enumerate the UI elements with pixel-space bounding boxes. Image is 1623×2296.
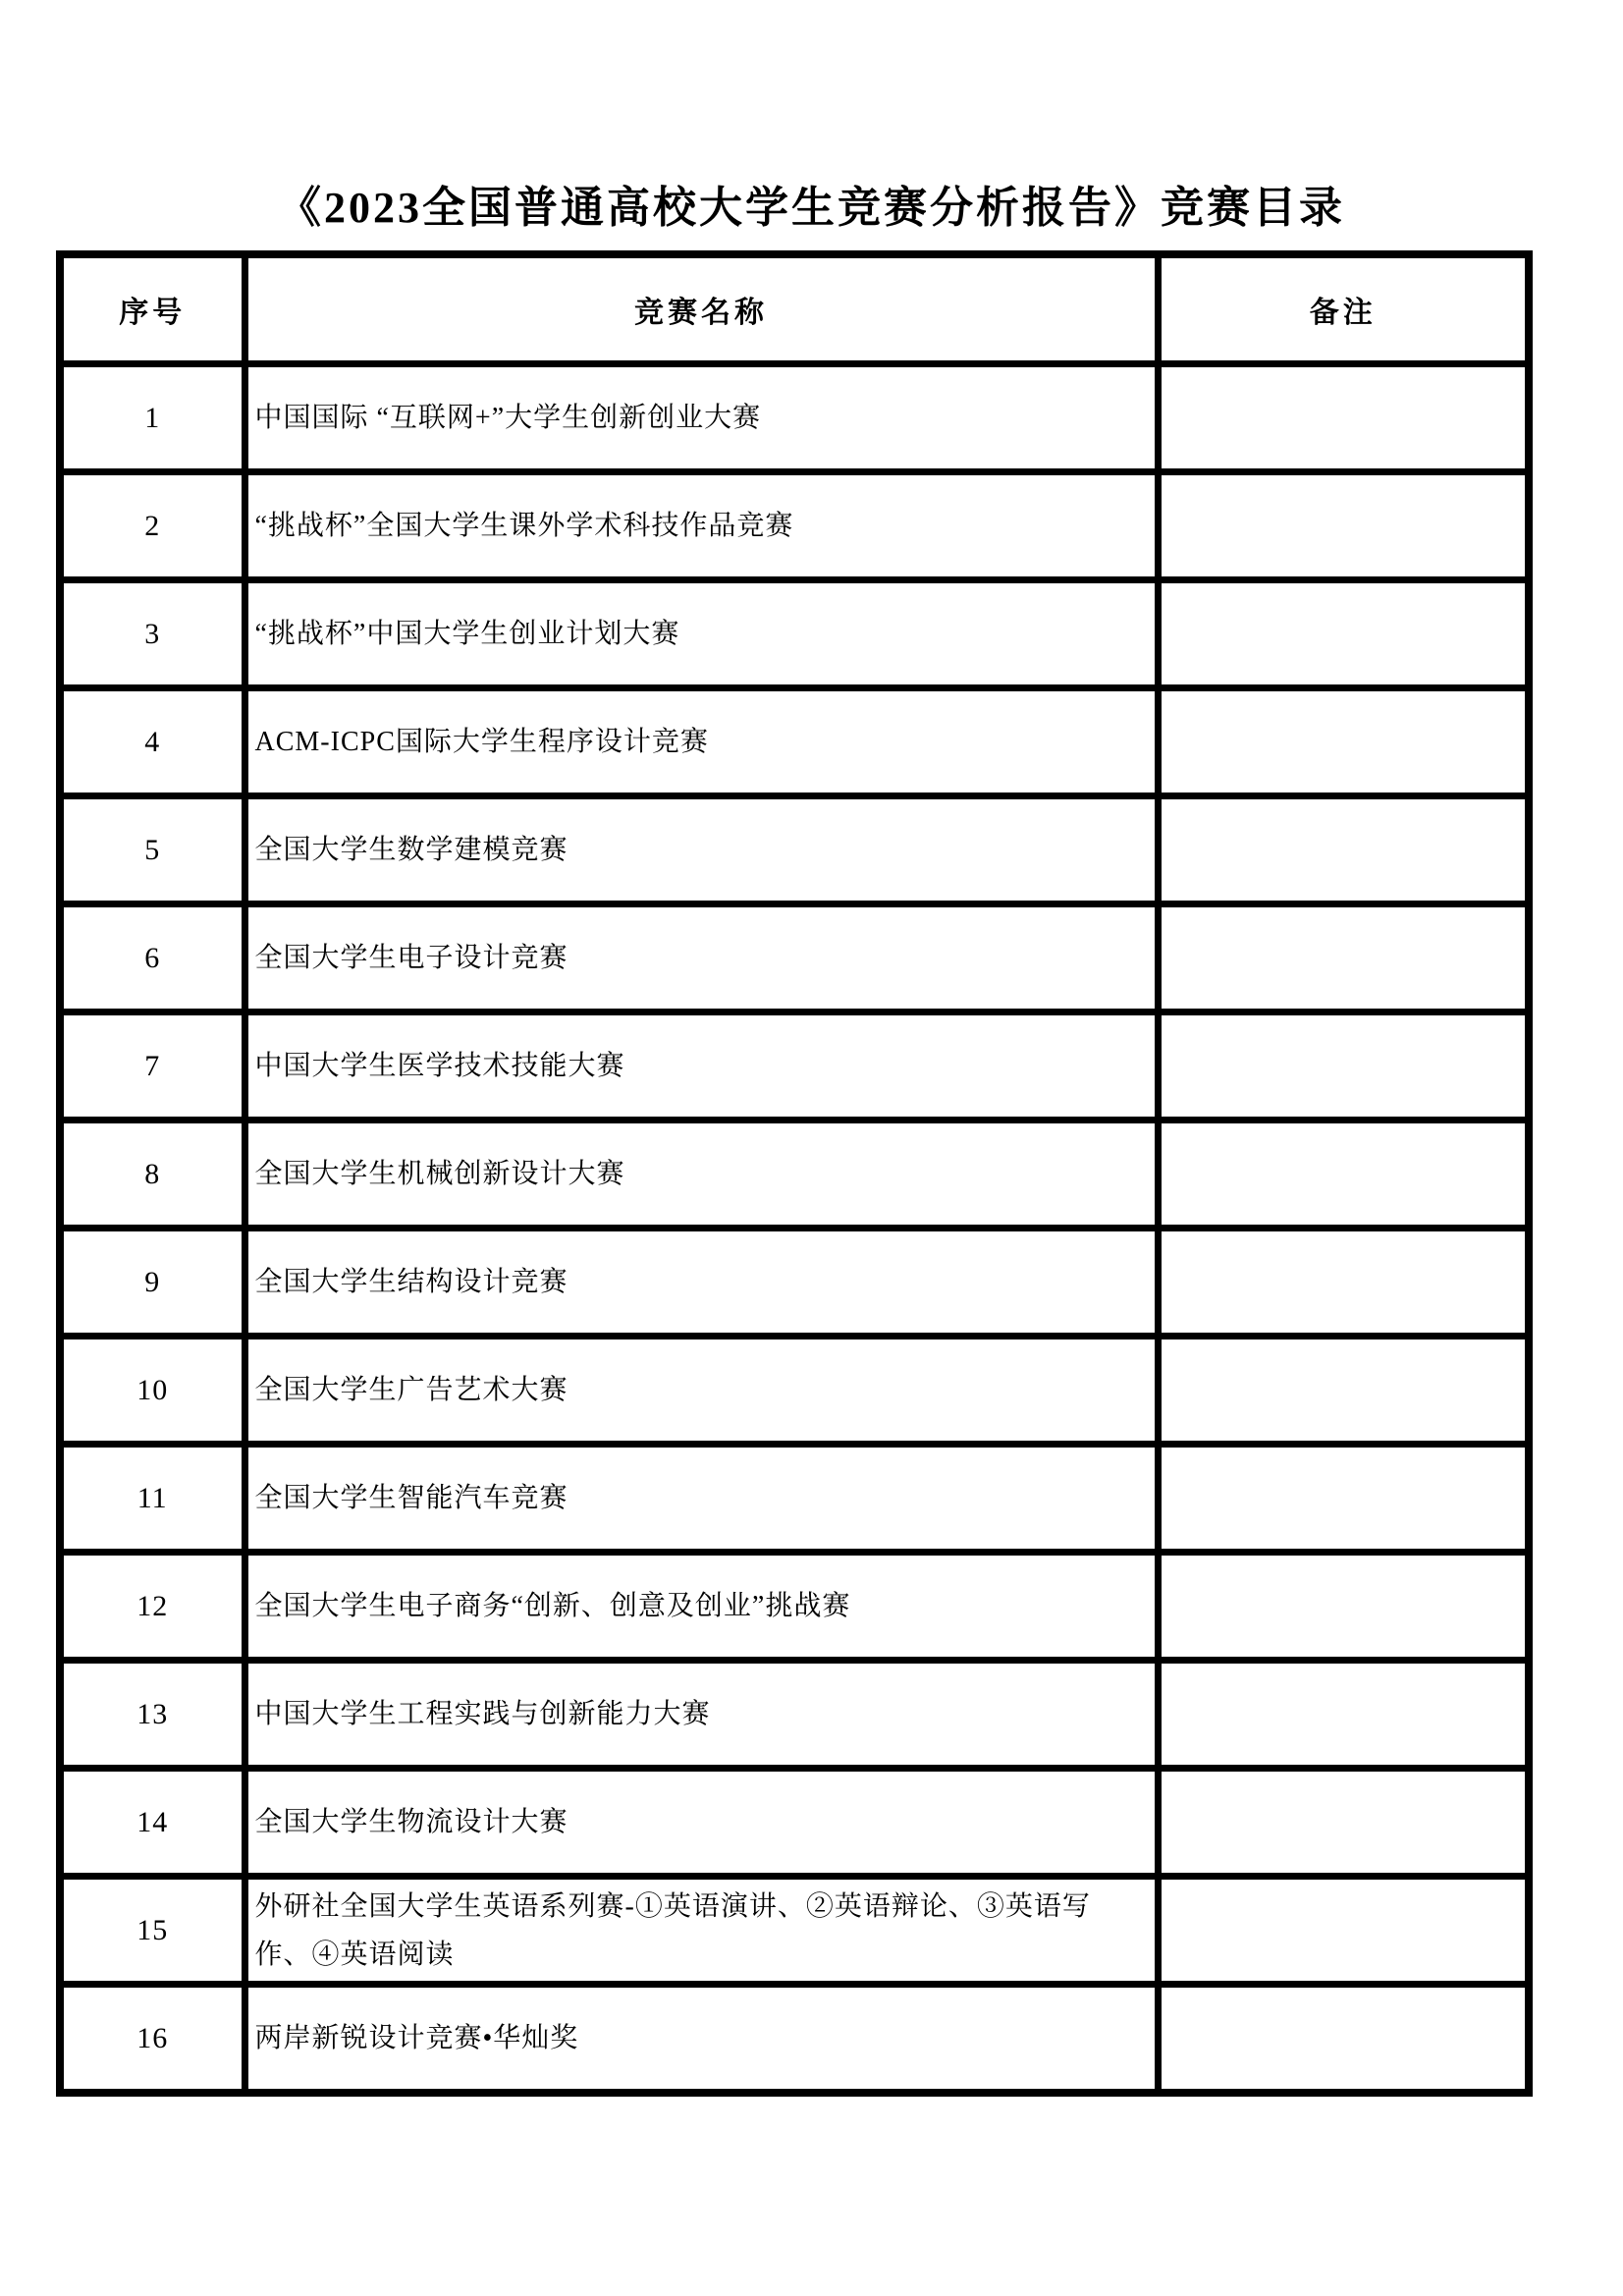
competition-name-cell: 中国大学生工程实践与创新能力大赛	[244, 1661, 1158, 1769]
serial-number-cell: 3	[60, 580, 244, 688]
remarks-cell	[1158, 1229, 1529, 1337]
remarks-cell	[1158, 1337, 1529, 1445]
table-row: 2“挑战杯”全国大学生课外学术科技作品竞赛	[60, 472, 1529, 580]
remarks-cell	[1158, 1012, 1529, 1121]
competition-name-cell: 全国大学生电子设计竞赛	[244, 904, 1158, 1012]
remarks-cell	[1158, 1769, 1529, 1877]
competition-name-cell: “挑战杯”全国大学生课外学术科技作品竞赛	[244, 472, 1158, 580]
table-row: 12全国大学生电子商务“创新、创意及创业”挑战赛	[60, 1553, 1529, 1661]
remarks-cell	[1158, 580, 1529, 688]
competition-table: 序号 竞赛名称 备注 1中国国际 “互联网+”大学生创新创业大赛2“挑战杯”全国…	[56, 250, 1533, 2097]
table-row: 15外研社全国大学生英语系列赛-①英语演讲、②英语辩论、③英语写作、④英语阅读	[60, 1877, 1529, 1985]
table-row: 10全国大学生广告艺术大赛	[60, 1337, 1529, 1445]
table-row: 6全国大学生电子设计竞赛	[60, 904, 1529, 1012]
serial-number-cell: 13	[60, 1661, 244, 1769]
table-row: 11全国大学生智能汽车竞赛	[60, 1445, 1529, 1553]
table-row: 3“挑战杯”中国大学生创业计划大赛	[60, 580, 1529, 688]
table-row: 16两岸新锐设计竞赛•华灿奖	[60, 1985, 1529, 2093]
competition-name-cell: 中国大学生医学技术技能大赛	[244, 1012, 1158, 1121]
competition-name-cell: 全国大学生机械创新设计大赛	[244, 1121, 1158, 1229]
table-row: 7中国大学生医学技术技能大赛	[60, 1012, 1529, 1121]
serial-number-cell: 16	[60, 1985, 244, 2093]
serial-number-cell: 8	[60, 1121, 244, 1229]
serial-number-cell: 5	[60, 796, 244, 904]
competition-name-cell: ACM-ICPC国际大学生程序设计竞赛	[244, 688, 1158, 796]
remarks-cell	[1158, 688, 1529, 796]
col-header-remarks: 备注	[1158, 254, 1529, 364]
table-header-row: 序号 竞赛名称 备注	[60, 254, 1529, 364]
page-title: 《2023全国普通高校大学生竞赛分析报告》竞赛目录	[0, 0, 1623, 235]
remarks-cell	[1158, 364, 1529, 472]
table-row: 4ACM-ICPC国际大学生程序设计竞赛	[60, 688, 1529, 796]
table-row: 1中国国际 “互联网+”大学生创新创业大赛	[60, 364, 1529, 472]
remarks-cell	[1158, 1985, 1529, 2093]
serial-number-cell: 11	[60, 1445, 244, 1553]
remarks-cell	[1158, 1445, 1529, 1553]
remarks-cell	[1158, 472, 1529, 580]
table-row: 13中国大学生工程实践与创新能力大赛	[60, 1661, 1529, 1769]
remarks-cell	[1158, 796, 1529, 904]
competition-name-cell: 中国国际 “互联网+”大学生创新创业大赛	[244, 364, 1158, 472]
serial-number-cell: 4	[60, 688, 244, 796]
document-page: 《2023全国普通高校大学生竞赛分析报告》竞赛目录 序号 竞赛名称 备注 1中国…	[0, 0, 1623, 2296]
serial-number-cell: 9	[60, 1229, 244, 1337]
serial-number-cell: 2	[60, 472, 244, 580]
remarks-cell	[1158, 1661, 1529, 1769]
table-row: 14全国大学生物流设计大赛	[60, 1769, 1529, 1877]
competition-name-cell: 全国大学生电子商务“创新、创意及创业”挑战赛	[244, 1553, 1158, 1661]
table-row: 8全国大学生机械创新设计大赛	[60, 1121, 1529, 1229]
serial-number-cell: 14	[60, 1769, 244, 1877]
table-row: 9全国大学生结构设计竞赛	[60, 1229, 1529, 1337]
col-header-competition-name: 竞赛名称	[244, 254, 1158, 364]
serial-number-cell: 15	[60, 1877, 244, 1985]
col-header-serial-number: 序号	[60, 254, 244, 364]
competition-name-cell: 全国大学生结构设计竞赛	[244, 1229, 1158, 1337]
competition-name-cell: “挑战杯”中国大学生创业计划大赛	[244, 580, 1158, 688]
serial-number-cell: 7	[60, 1012, 244, 1121]
competition-name-cell: 全国大学生数学建模竞赛	[244, 796, 1158, 904]
table-row: 5全国大学生数学建模竞赛	[60, 796, 1529, 904]
serial-number-cell: 6	[60, 904, 244, 1012]
remarks-cell	[1158, 1553, 1529, 1661]
serial-number-cell: 10	[60, 1337, 244, 1445]
remarks-cell	[1158, 1121, 1529, 1229]
remarks-cell	[1158, 904, 1529, 1012]
remarks-cell	[1158, 1877, 1529, 1985]
serial-number-cell: 12	[60, 1553, 244, 1661]
competition-name-cell: 两岸新锐设计竞赛•华灿奖	[244, 1985, 1158, 2093]
competition-name-cell: 全国大学生智能汽车竞赛	[244, 1445, 1158, 1553]
competition-name-cell: 全国大学生广告艺术大赛	[244, 1337, 1158, 1445]
serial-number-cell: 1	[60, 364, 244, 472]
competition-name-cell: 全国大学生物流设计大赛	[244, 1769, 1158, 1877]
competition-name-cell: 外研社全国大学生英语系列赛-①英语演讲、②英语辩论、③英语写作、④英语阅读	[244, 1877, 1158, 1985]
